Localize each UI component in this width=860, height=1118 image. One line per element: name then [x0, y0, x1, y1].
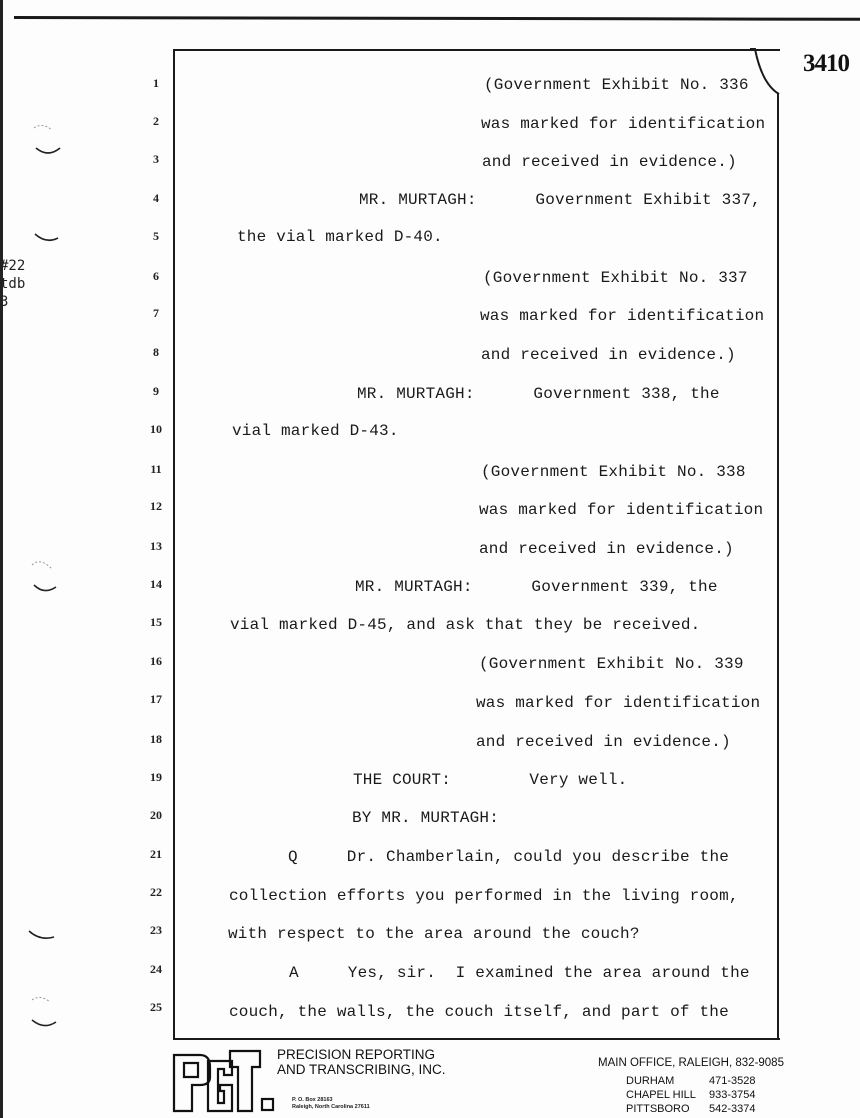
transcript-line: THE COURT: Very well. — [353, 771, 627, 789]
transcript-line: BY MR. MURTAGH: — [352, 809, 499, 827]
line-number: 2 — [141, 114, 171, 129]
transcript-line: was marked for identification — [480, 307, 764, 325]
transcript-frame-right — [777, 94, 779, 1038]
transcript-line: with respect to the area around the couc… — [228, 925, 640, 943]
line-number: 5 — [141, 229, 171, 244]
transcript-line: was marked for identification — [479, 501, 763, 519]
line-number: 25 — [141, 1000, 171, 1015]
firm-name-line: PRECISION REPORTING — [277, 1047, 446, 1062]
transcript-line: vial marked D-43. — [232, 422, 399, 440]
transcript-line: (Government Exhibit No. 339 — [479, 655, 744, 673]
transcript-line: and received in evidence.) — [476, 733, 731, 751]
office-row: CHAPEL HILL933-3754 — [626, 1089, 756, 1101]
punch-hole-mark — [26, 990, 66, 1034]
line-number: 4 — [141, 191, 171, 206]
margin-note-line: 3 — [0, 293, 25, 311]
line-number: 16 — [141, 654, 171, 669]
transcript-line: and received in evidence.) — [482, 153, 737, 171]
address-line: Raleigh, North Carolina 27611 — [292, 1104, 370, 1111]
main-office: MAIN OFFICE, RALEIGH, 832-9085 — [598, 1057, 784, 1069]
top-rule — [14, 16, 860, 21]
punch-hole-mark — [26, 555, 66, 599]
margin-note-line: #22 — [0, 257, 25, 275]
line-number: 7 — [141, 306, 171, 321]
office-city: CHAPEL HILL — [626, 1089, 709, 1101]
transcript-line: A Yes, sir. I examined the area around t… — [289, 964, 750, 982]
office-row: DURHAM471-3528 — [626, 1075, 756, 1087]
transcript-line: the vial marked D-40. — [237, 228, 443, 246]
line-number: 11 — [141, 462, 171, 477]
line-number: 15 — [141, 615, 171, 630]
transcript-line: and received in evidence.) — [481, 346, 736, 364]
line-number: 3 — [141, 152, 171, 167]
transcript-line: (Government Exhibit No. 338 — [481, 463, 746, 481]
page-corner-notch — [750, 48, 780, 98]
transcript-line: was marked for identification — [481, 115, 765, 133]
address-line: P. O. Box 28163 — [292, 1097, 370, 1104]
transcript-line: collection efforts you performed in the … — [229, 887, 739, 905]
punch-hole-mark — [28, 120, 68, 162]
line-number: 18 — [141, 732, 171, 747]
line-number: 17 — [141, 692, 171, 707]
punch-hole-mark — [32, 228, 62, 248]
firm-address: P. O. Box 28163 Raleigh, North Carolina … — [292, 1097, 370, 1111]
line-number: 10 — [141, 422, 171, 437]
margin-note-line: tdb — [0, 275, 25, 293]
line-number: 8 — [141, 345, 171, 360]
page-number: 3410 — [803, 50, 849, 78]
punch-hole-mark — [26, 925, 60, 945]
office-phone: 933-3754 — [709, 1089, 756, 1101]
firm-name-line: AND TRANSCRIBING, INC. — [277, 1062, 446, 1077]
office-phone: 542-3374 — [709, 1103, 756, 1115]
line-number: 9 — [141, 384, 171, 399]
transcript-line: (Government Exhibit No. 337 — [483, 269, 748, 287]
transcript-line: couch, the walls, the couch itself, and … — [229, 1003, 729, 1021]
line-number: 6 — [141, 269, 171, 284]
line-number: 12 — [141, 499, 171, 514]
scan-edge — [0, 0, 3, 1118]
line-number: 22 — [141, 885, 171, 900]
transcript-line: MR. MURTAGH: Government 338, the — [357, 385, 720, 403]
office-city: PITTSBORO — [626, 1103, 709, 1115]
line-number: 23 — [141, 923, 171, 938]
office-row: PITTSBORO542-3374 — [626, 1103, 756, 1115]
line-number: 19 — [141, 770, 171, 785]
line-number: 14 — [141, 577, 171, 592]
transcript-line: was marked for identification — [476, 694, 760, 712]
line-number: 24 — [141, 962, 171, 977]
office-city: DURHAM — [626, 1075, 709, 1087]
transcript-line: and received in evidence.) — [479, 540, 734, 558]
line-number: 20 — [141, 808, 171, 823]
transcript-line: (Government Exhibit No. 336 — [484, 76, 749, 94]
transcript-line: vial marked D-45, and ask that they be r… — [230, 616, 700, 634]
transcript-line: Q Dr. Chamberlain, could you describe th… — [288, 848, 729, 866]
line-number: 21 — [141, 847, 171, 862]
transcript-line: MR. MURTAGH: Government Exhibit 337, — [359, 191, 761, 209]
transcript-line: MR. MURTAGH: Government 339, the — [355, 578, 718, 596]
office-phone: 471-3528 — [709, 1075, 756, 1087]
firm-logo-icon — [170, 1047, 276, 1115]
line-number: 13 — [141, 539, 171, 554]
firm-name: PRECISION REPORTING AND TRANSCRIBING, IN… — [277, 1047, 446, 1077]
line-number: 1 — [141, 76, 171, 91]
margin-note: #22 tdb 3 — [0, 257, 25, 311]
